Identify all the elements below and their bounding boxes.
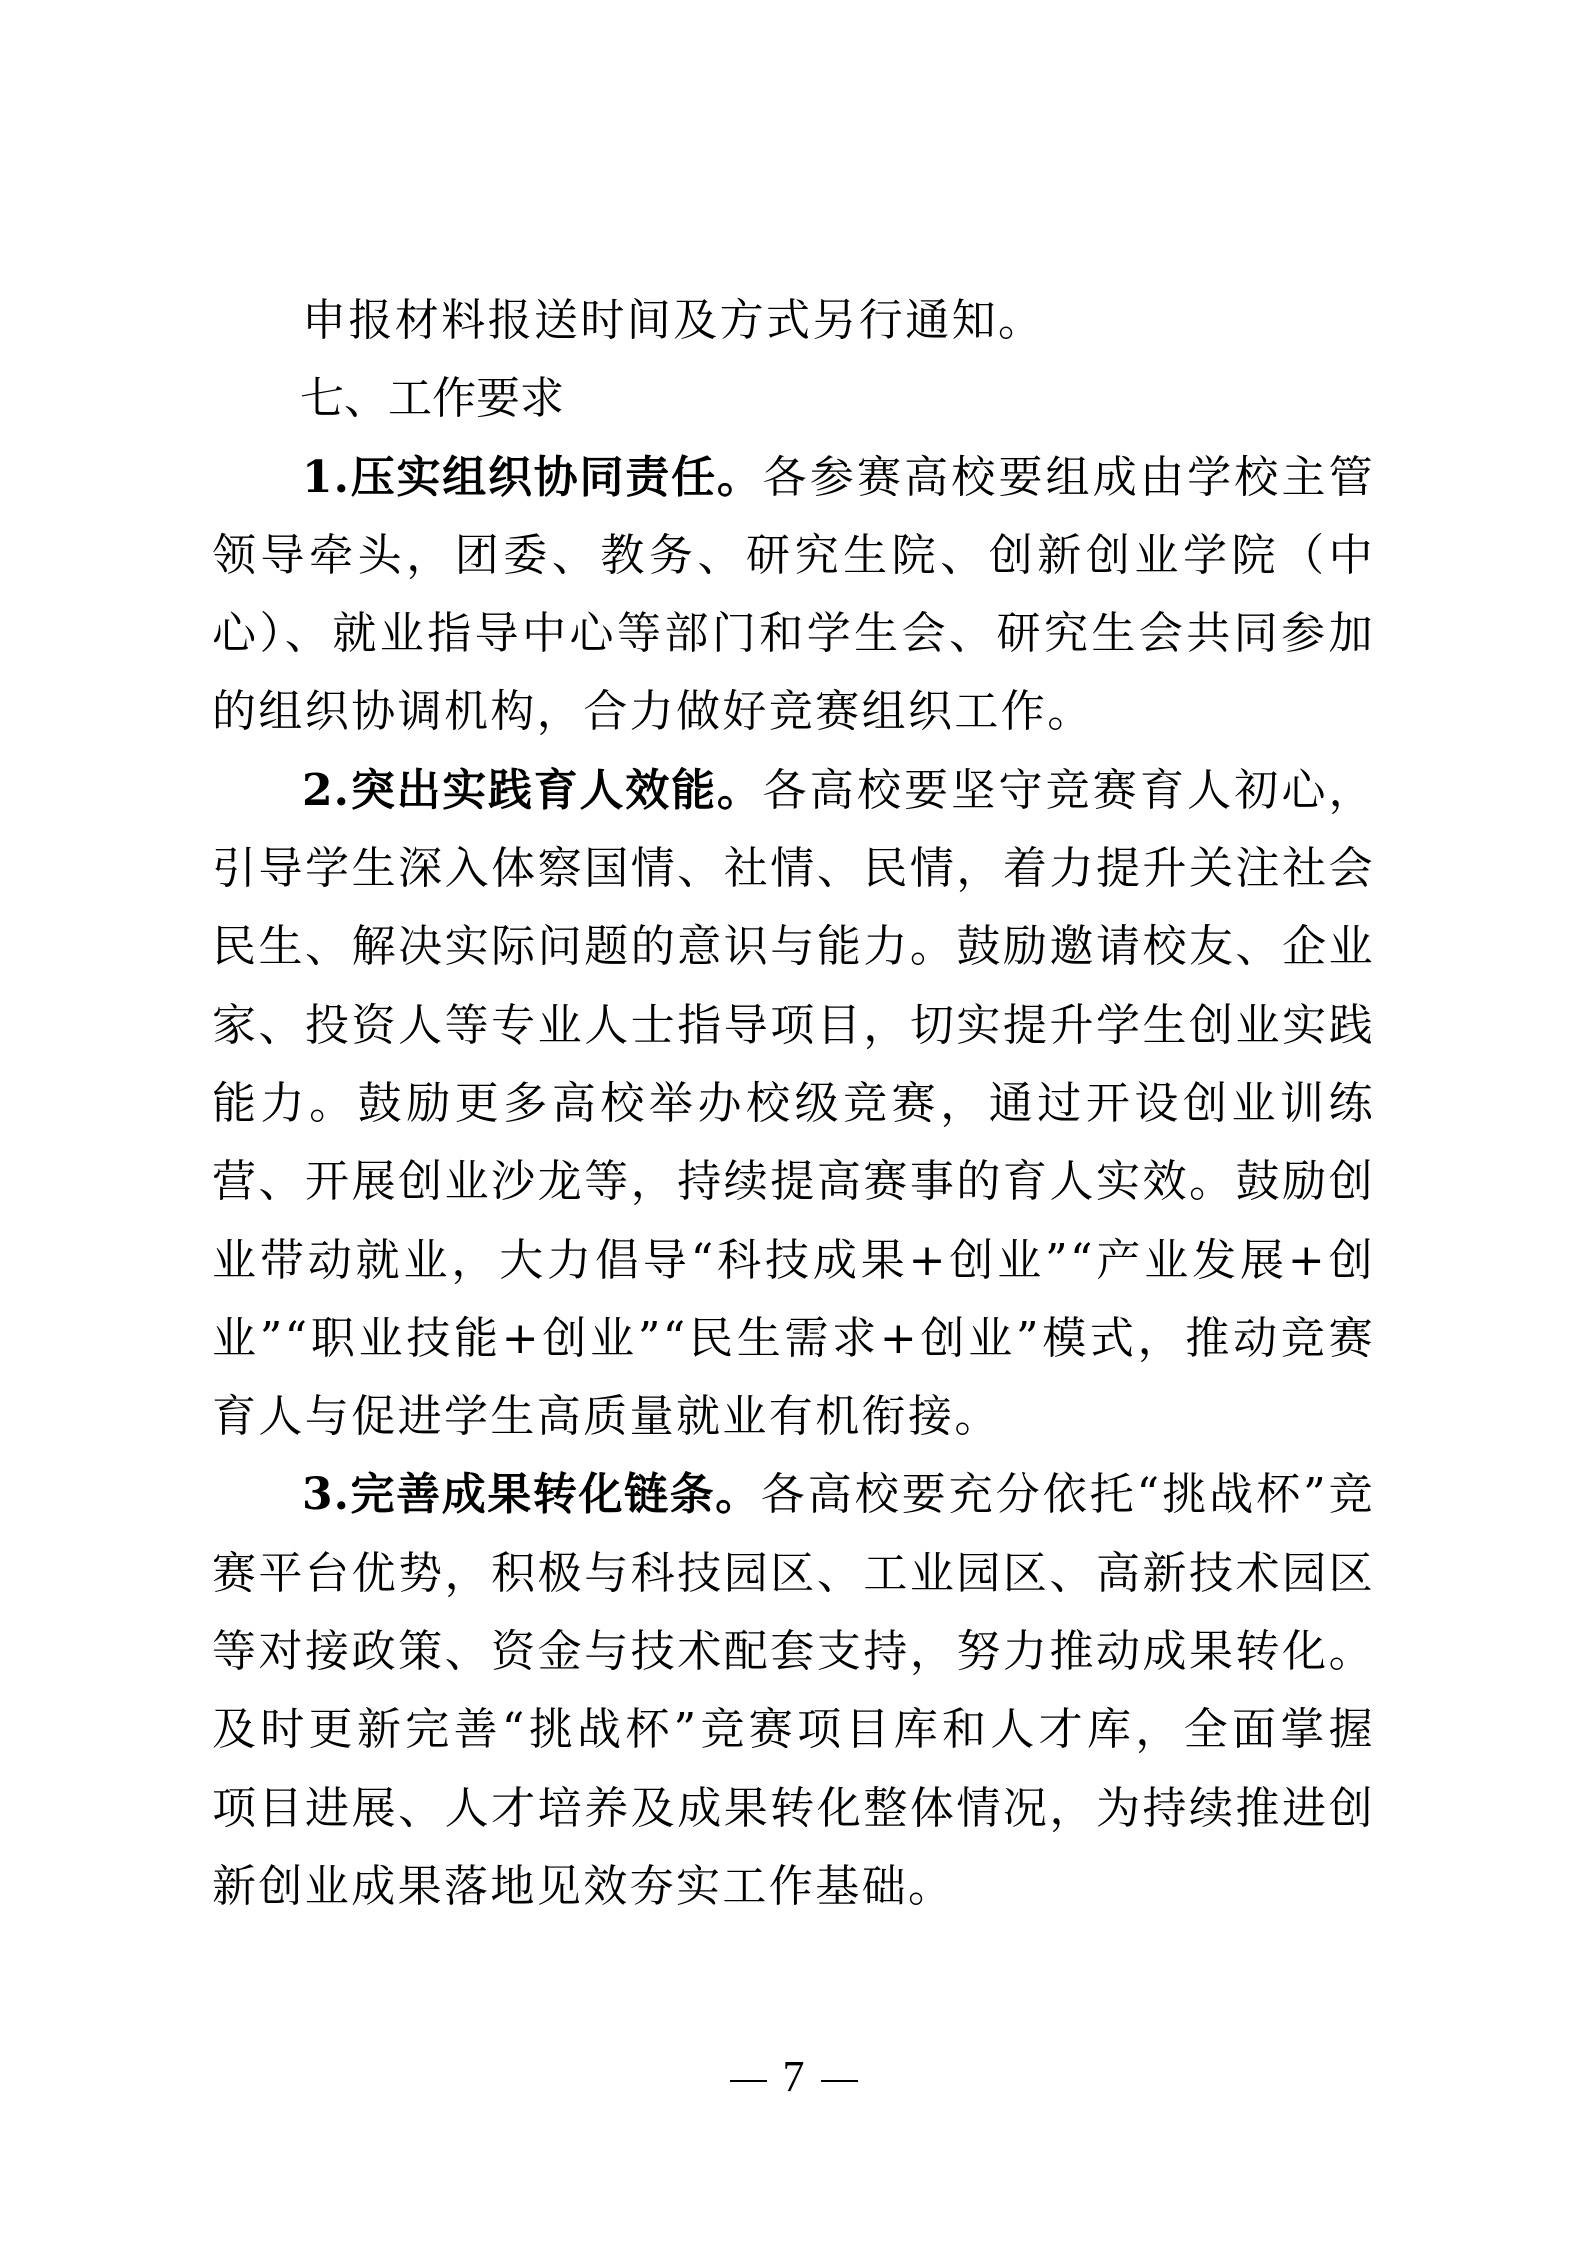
document-body: 申报材料报送时间及方式另行通知。 七、工作要求 1.压实组织协同责任。各参赛高校…: [212, 282, 1375, 1926]
continuation-paragraph: 申报材料报送时间及方式另行通知。: [212, 282, 1375, 360]
requirement-item-3: 3.完善成果转化链条。各高校要充分依托“挑战杯”竞赛平台优势，积极与科技园区、工…: [212, 1456, 1375, 1926]
item-1-lead: 1.压实组织协同责任。: [302, 452, 763, 503]
item-2-body: 各高校要坚守竞赛育人初心，引导学生深入体察国情、社情、民情，着力提升关注社会民生…: [212, 765, 1375, 1442]
requirement-item-2: 2.突出实践育人效能。各高校要坚守竞赛育人初心，引导学生深入体察国情、社情、民情…: [212, 752, 1375, 1457]
dash-right: [821, 2080, 858, 2082]
item-2-lead: 2.突出实践育人效能。: [302, 765, 763, 816]
dash-left: [730, 2080, 767, 2082]
section-heading: 七、工作要求: [212, 360, 1375, 438]
document-page: 申报材料报送时间及方式另行通知。 七、工作要求 1.压实组织协同责任。各参赛高校…: [0, 0, 1587, 2245]
item-3-body: 各高校要充分依托“挑战杯”竞赛平台优势，积极与科技园区、工业园区、高新技术园区等…: [212, 1469, 1375, 1911]
requirement-item-1: 1.压实组织协同责任。各参赛高校要组成由学校主管领导牵头，团委、教务、研究生院、…: [212, 439, 1375, 752]
page-footer: 7: [0, 2052, 1587, 2102]
item-3-lead: 3.完善成果转化链条。: [302, 1469, 761, 1520]
page-number: 7: [783, 2052, 805, 2101]
